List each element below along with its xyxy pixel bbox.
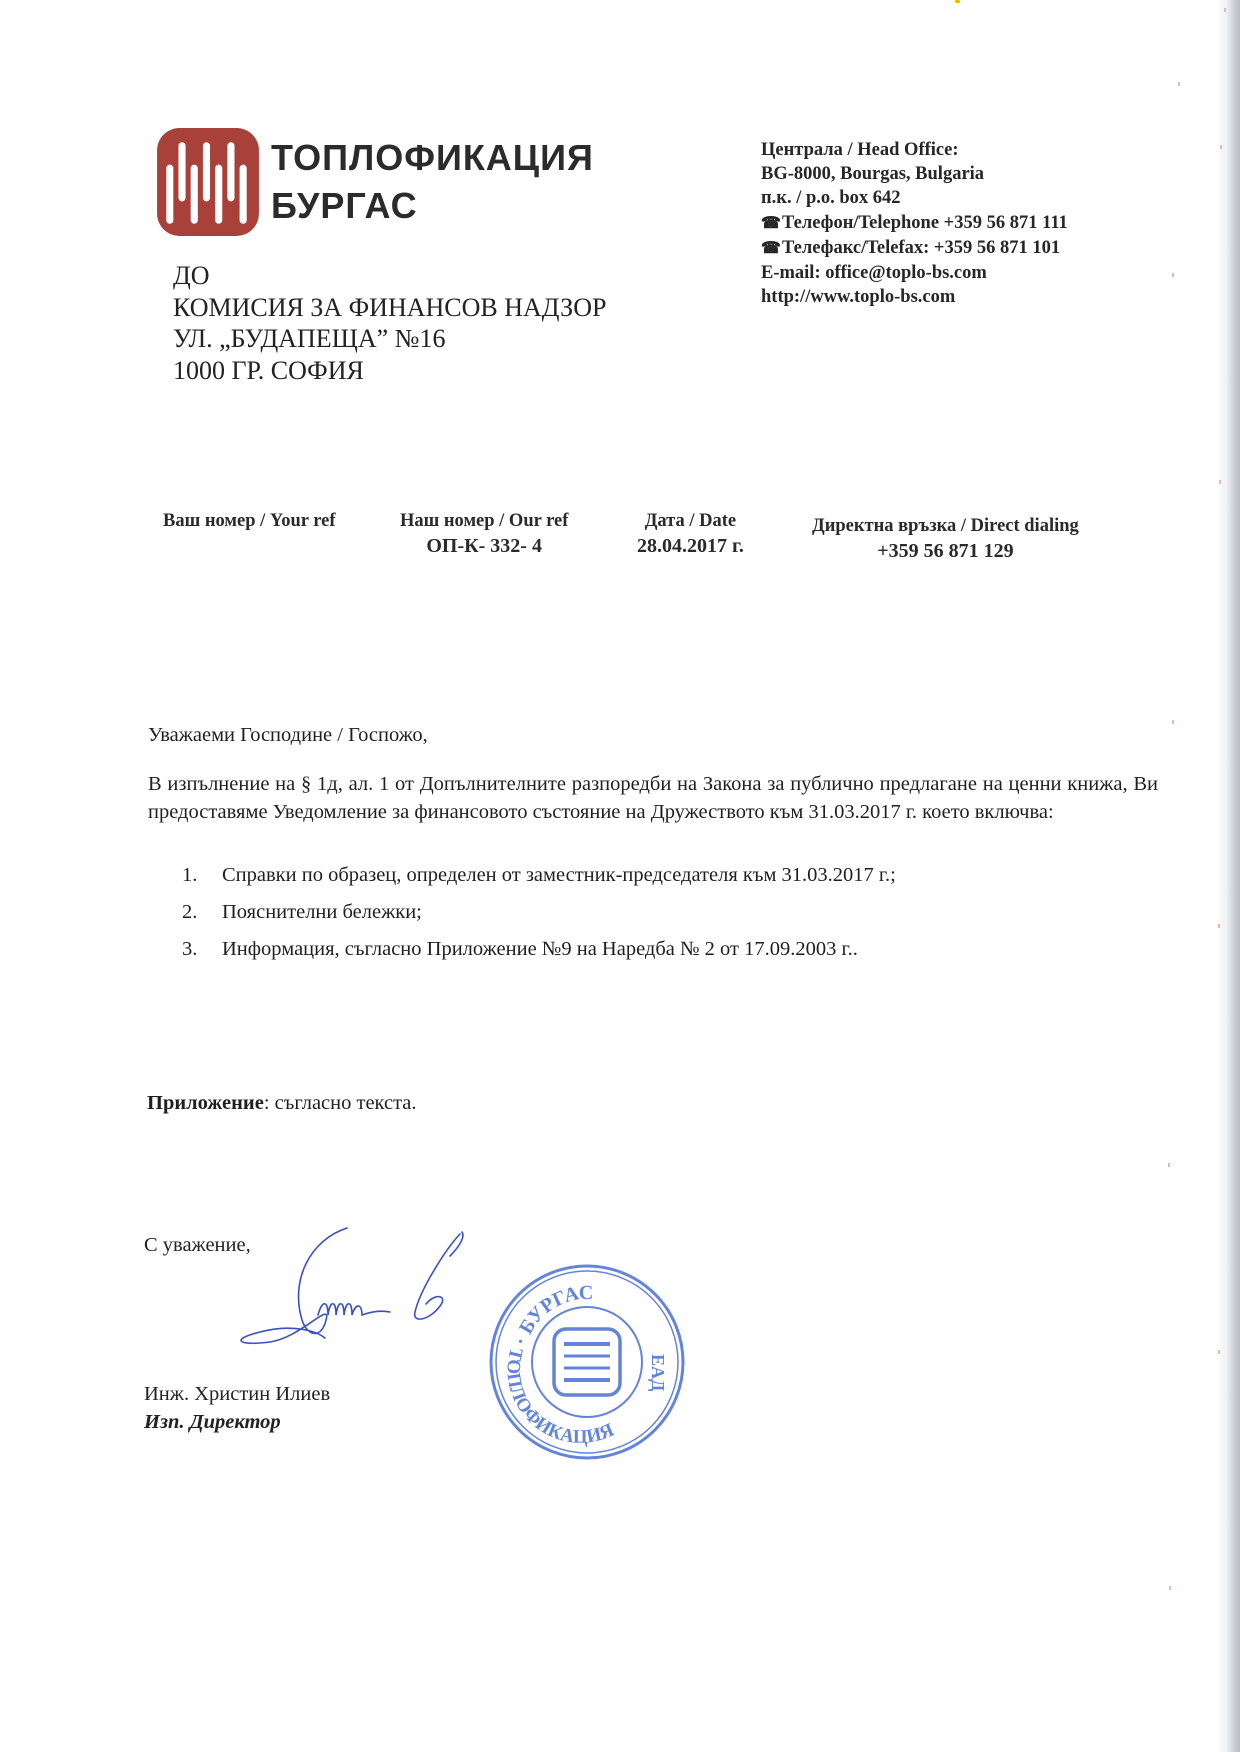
recipient-name: КОМИСИЯ ЗА ФИНАНСОВ НАДЗОР	[173, 292, 606, 324]
company-stamp-icon: · БУРГАС ТОПЛОФИКАЦИЯ ЕАД	[484, 1262, 690, 1462]
margin-tick	[1178, 82, 1180, 86]
recipient-to: ДО	[173, 260, 606, 292]
signer-block: Инж. Христин Илиев Изп. Директор	[144, 1380, 330, 1436]
company-name: ТОПЛОФИКАЦИЯ	[271, 140, 594, 176]
list-item: 3.Информация, съгласно Приложение №9 на …	[182, 938, 896, 975]
attachment-label: Приложение	[147, 1092, 264, 1114]
body-paragraph: В изпълнение на § 1д, ал. 1 от Допълните…	[148, 770, 1158, 826]
our-ref-label: Наш номер / Our ref	[400, 511, 568, 532]
radiator-logo-icon	[157, 128, 259, 236]
attachment-note: Приложение: съгласно текста.	[147, 1092, 417, 1115]
margin-tick	[1224, 8, 1226, 12]
scan-artifact	[955, 0, 960, 3]
our-ref-value: ОП-К- 332- 4	[400, 535, 568, 558]
signer-title: Изп. Директор	[144, 1408, 330, 1436]
recipient-street: УЛ. „БУДАПЕЩА” №16	[173, 323, 606, 355]
attachment-text: : съгласно текста.	[264, 1092, 417, 1114]
telephone-icon: ☎	[761, 237, 782, 261]
signature-icon	[230, 1220, 480, 1350]
head-office-address: BG-8000, Bourgas, Bulgaria	[761, 162, 1068, 186]
direct-dialing-value: +359 56 871 129	[812, 540, 1079, 563]
telephone-icon: ☎	[761, 212, 782, 236]
telephone-line: ☎Телефон/Telephone +359 56 871 111	[761, 211, 1068, 236]
margin-tick	[1218, 1350, 1220, 1354]
signer-name: Инж. Христин Илиев	[144, 1380, 330, 1408]
company-logo: ТОПЛОФИКАЦИЯ БУРГАС	[157, 128, 594, 236]
margin-tick	[1220, 145, 1222, 149]
margin-tick	[1172, 720, 1174, 724]
margin-tick	[1218, 924, 1220, 928]
head-office-block: Централа / Head Office: BG-8000, Bourgas…	[761, 138, 1068, 309]
list-item: 2.Пояснителни бележки;	[182, 901, 896, 938]
your-ref-label: Ваш номер / Your ref	[163, 511, 335, 532]
date-label: Дата / Date	[637, 511, 744, 532]
your-ref: Ваш номер / Your ref	[163, 511, 335, 535]
website-line: http://www.toplo-bs.com	[761, 285, 1068, 309]
telefax-line: ☎Телефакс/Telefax: +359 56 871 101	[761, 236, 1068, 261]
list-item: 1.Справки по образец, определен от замес…	[182, 864, 896, 901]
email-line: E-mail: office@toplo-bs.com	[761, 261, 1068, 285]
enclosure-list: 1.Справки по образец, определен от замес…	[182, 864, 896, 975]
company-city: БУРГАС	[271, 188, 594, 224]
scan-shadow-edge	[1216, 0, 1240, 1752]
direct-dialing: Директна връзка / Direct dialing +359 56…	[812, 516, 1079, 563]
margin-tick	[1168, 1163, 1170, 1167]
direct-dialing-label: Директна връзка / Direct dialing	[812, 516, 1079, 537]
date-ref: Дата / Date 28.04.2017 г.	[637, 511, 744, 558]
margin-tick	[1169, 1586, 1171, 1590]
head-office-title: Централа / Head Office:	[761, 138, 1068, 162]
our-ref: Наш номер / Our ref ОП-К- 332- 4	[400, 511, 568, 558]
salutation: Уважаеми Господине / Госпожо,	[148, 724, 1158, 747]
recipient-city: 1000 ГР. СОФИЯ	[173, 355, 606, 387]
date-value: 28.04.2017 г.	[637, 535, 744, 558]
svg-text:ЕАД: ЕАД	[648, 1354, 668, 1392]
margin-tick	[1219, 480, 1221, 484]
margin-tick	[1172, 273, 1174, 277]
recipient-block: ДО КОМИСИЯ ЗА ФИНАНСОВ НАДЗОР УЛ. „БУДАП…	[173, 260, 606, 386]
head-office-po-box: п.к. / p.o. box 642	[761, 186, 1068, 210]
